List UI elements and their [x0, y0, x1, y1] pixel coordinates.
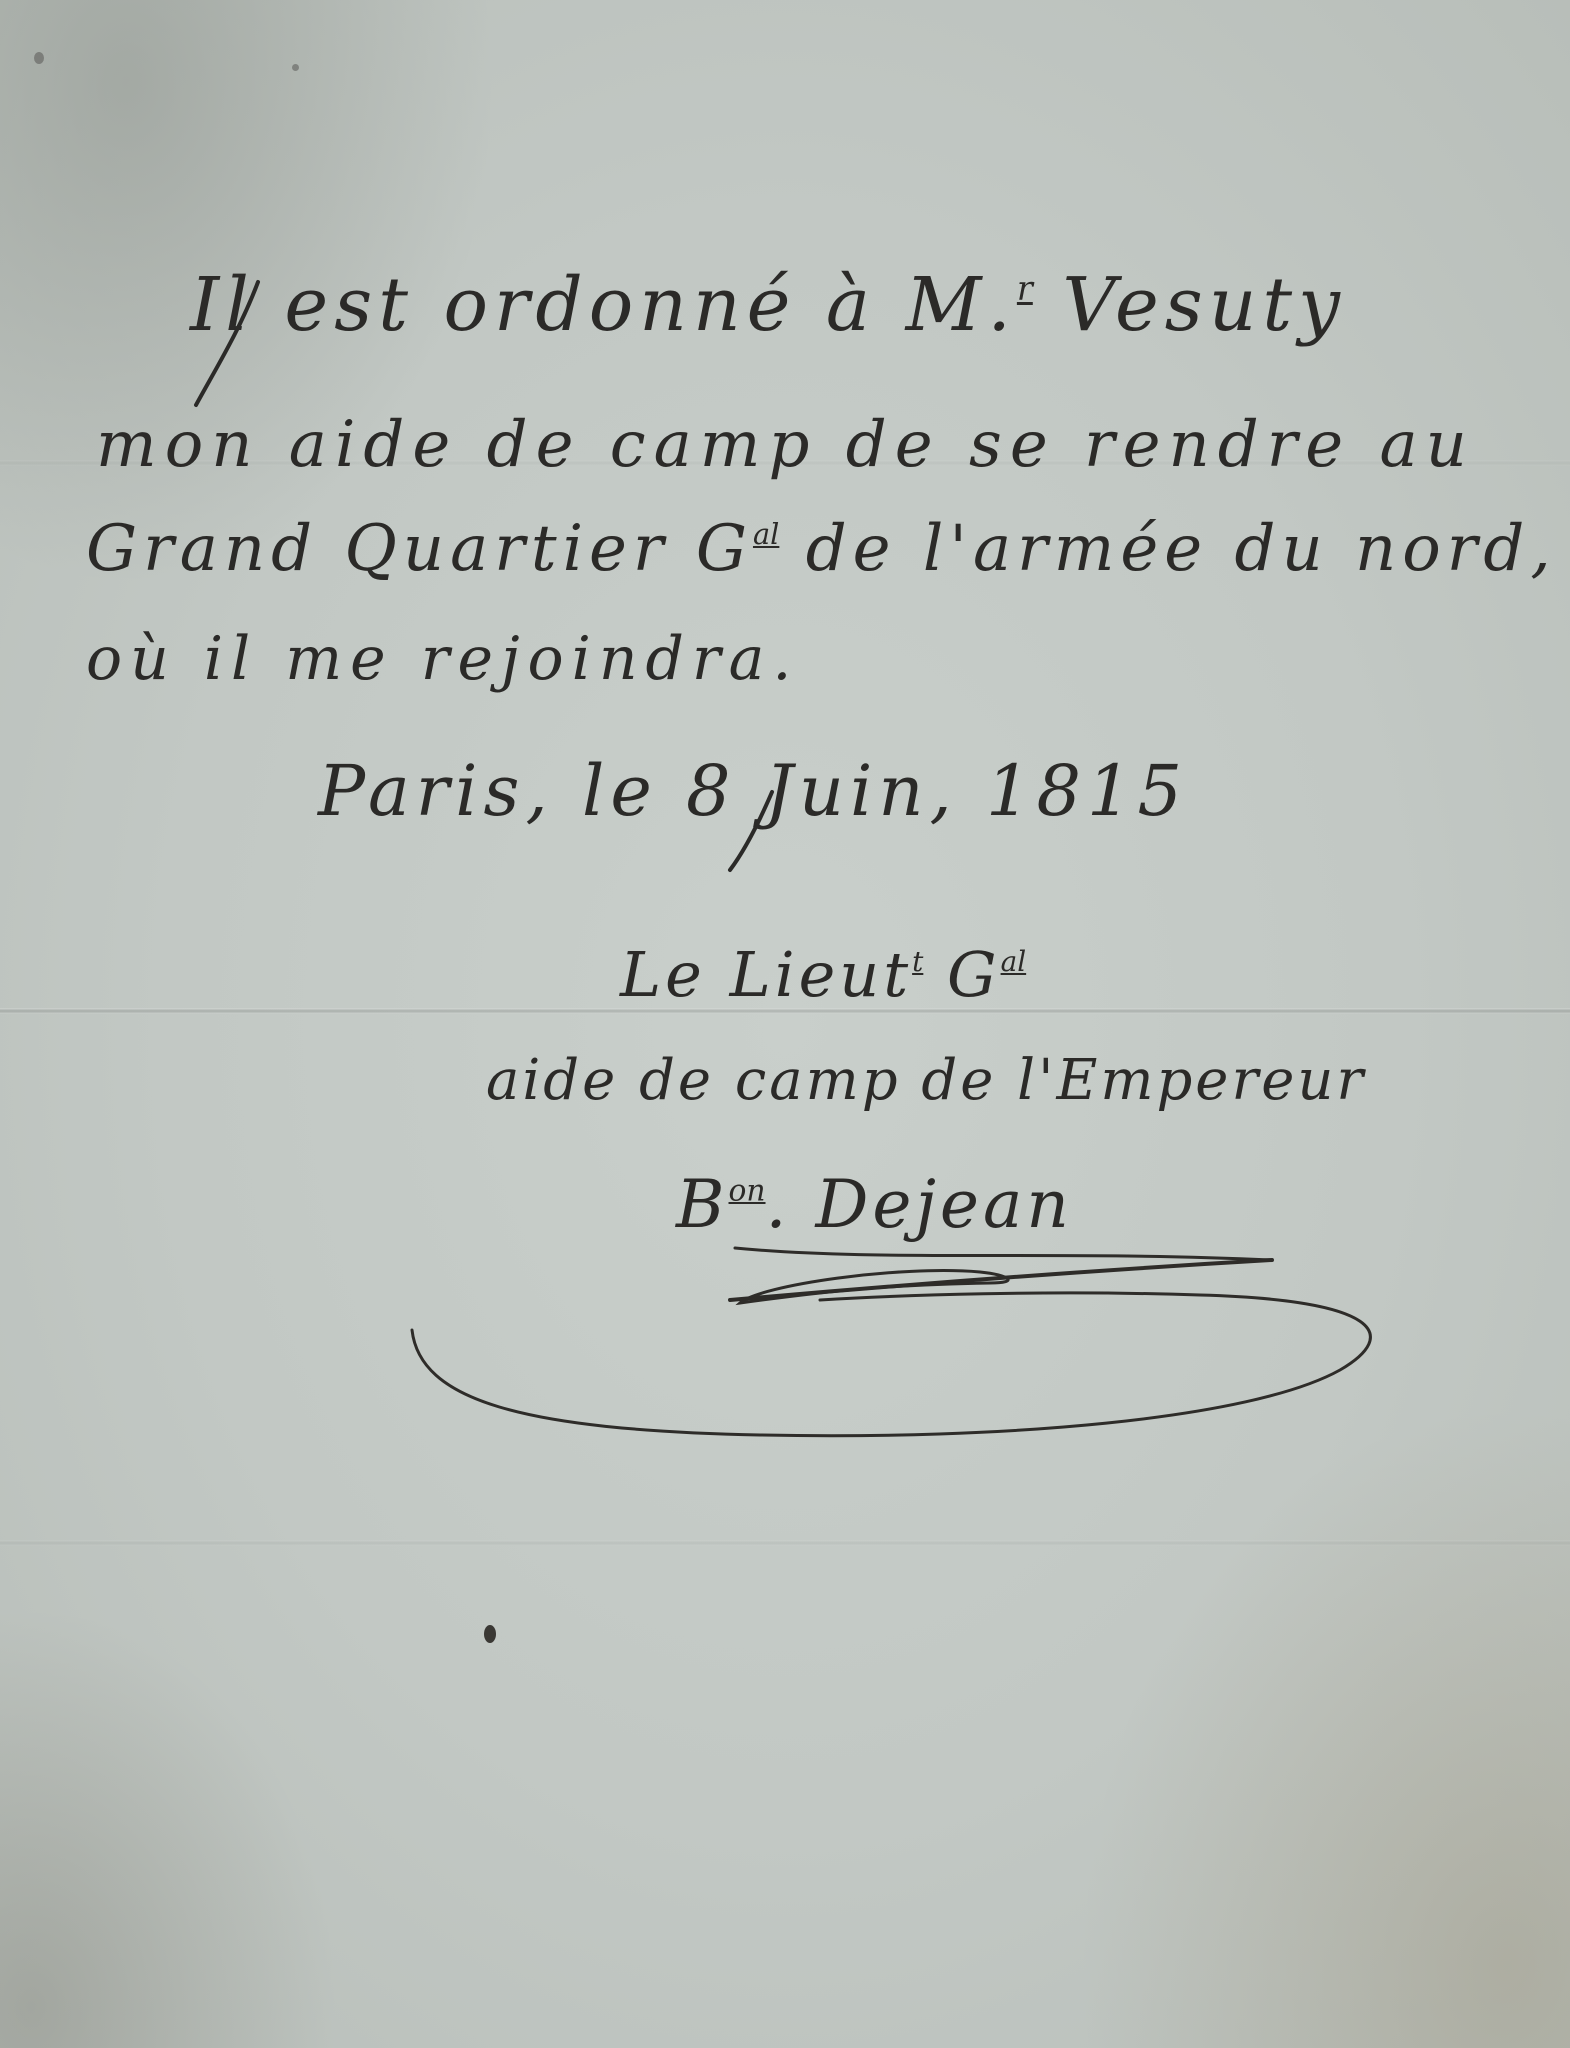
stain-spot-icon — [292, 64, 299, 71]
signature-flourish-icon — [0, 0, 1570, 2048]
letter-page: Il est ordonné à M.r Vesuty mon aide de … — [0, 0, 1570, 2048]
stain-spot-icon — [34, 52, 44, 64]
ink-spot-icon — [484, 1625, 496, 1643]
